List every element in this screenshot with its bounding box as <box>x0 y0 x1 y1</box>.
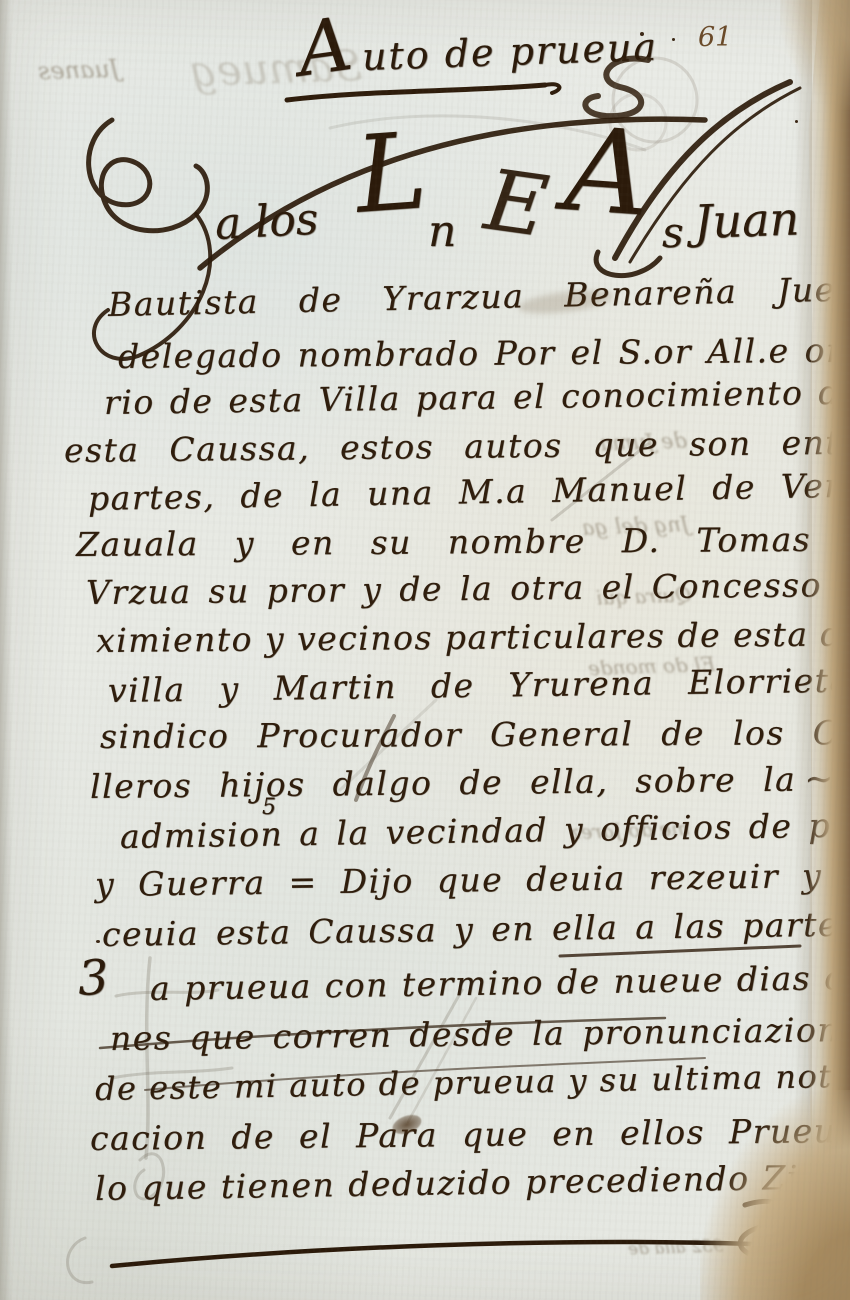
page-title: uto de prueua <box>361 30 658 75</box>
opening-word: Juan <box>693 198 800 243</box>
page-edge-left <box>0 0 12 1300</box>
insert-mark: 5 <box>262 798 276 818</box>
opening-capital: E <box>481 162 552 245</box>
opening-word: s <box>662 214 684 252</box>
margin-note: 3 <box>77 956 110 1001</box>
text-line: ceuia esta Caussa y en ella a las partes <box>102 907 850 951</box>
text-line: nes que corren desde la pronunciazion de <box>110 1012 850 1057</box>
page-edge-corner-bottom <box>700 1090 850 1300</box>
text-line: y Guerra = Dijo que deuia rezeuir y re <box>95 858 850 903</box>
opening-capital: A <box>562 118 653 228</box>
page-title-initial: A <box>293 11 355 84</box>
folio-number: 61 <box>698 26 732 50</box>
ink-speck <box>96 940 100 943</box>
opening-word: a los <box>214 200 319 245</box>
ink-speck <box>640 32 644 36</box>
text-line: esta Caussa, estos autos que son entre <box>64 425 850 469</box>
text-line: sindico Procurador General de los Caua <box>100 716 850 755</box>
text-line: Zauala y en su nombre D. Tomas de <box>76 522 850 563</box>
text-line: Vrzua su pror y de la otra el Concesso R… <box>86 567 850 610</box>
text-line: delegado nombrado Por el S.or All.e ordi… <box>118 333 850 375</box>
text-line: lleros hijos dalgo de ella, sobre la <box>90 762 835 804</box>
text-line: a prueua con termino de nueue dias comu <box>150 959 850 1006</box>
text-line: partes, de la una M.a Manuel de Veroiz <box>88 467 850 516</box>
manuscript-page: Juanes Samueg de Juma Jng del ga Quira q… <box>0 0 850 1300</box>
page-edge-corner-top <box>780 0 850 110</box>
text-line: admision a la vecindad y officios de paz <box>120 808 850 855</box>
text-line: Bautista de Yrarzua Benareña Jues <box>108 272 850 323</box>
bleedthrough-text: Juanes <box>38 57 120 84</box>
ink-speck <box>672 38 675 41</box>
opening-capital: L <box>353 123 430 223</box>
text-line: ximiento y vecinos particulares de esta … <box>96 617 850 659</box>
opening-word: n <box>428 212 456 252</box>
text-line: villa y Martin de Yrurena Elorrieta <box>108 663 850 709</box>
text-line: rio de esta Villa para el conocimiento d… <box>104 375 850 421</box>
